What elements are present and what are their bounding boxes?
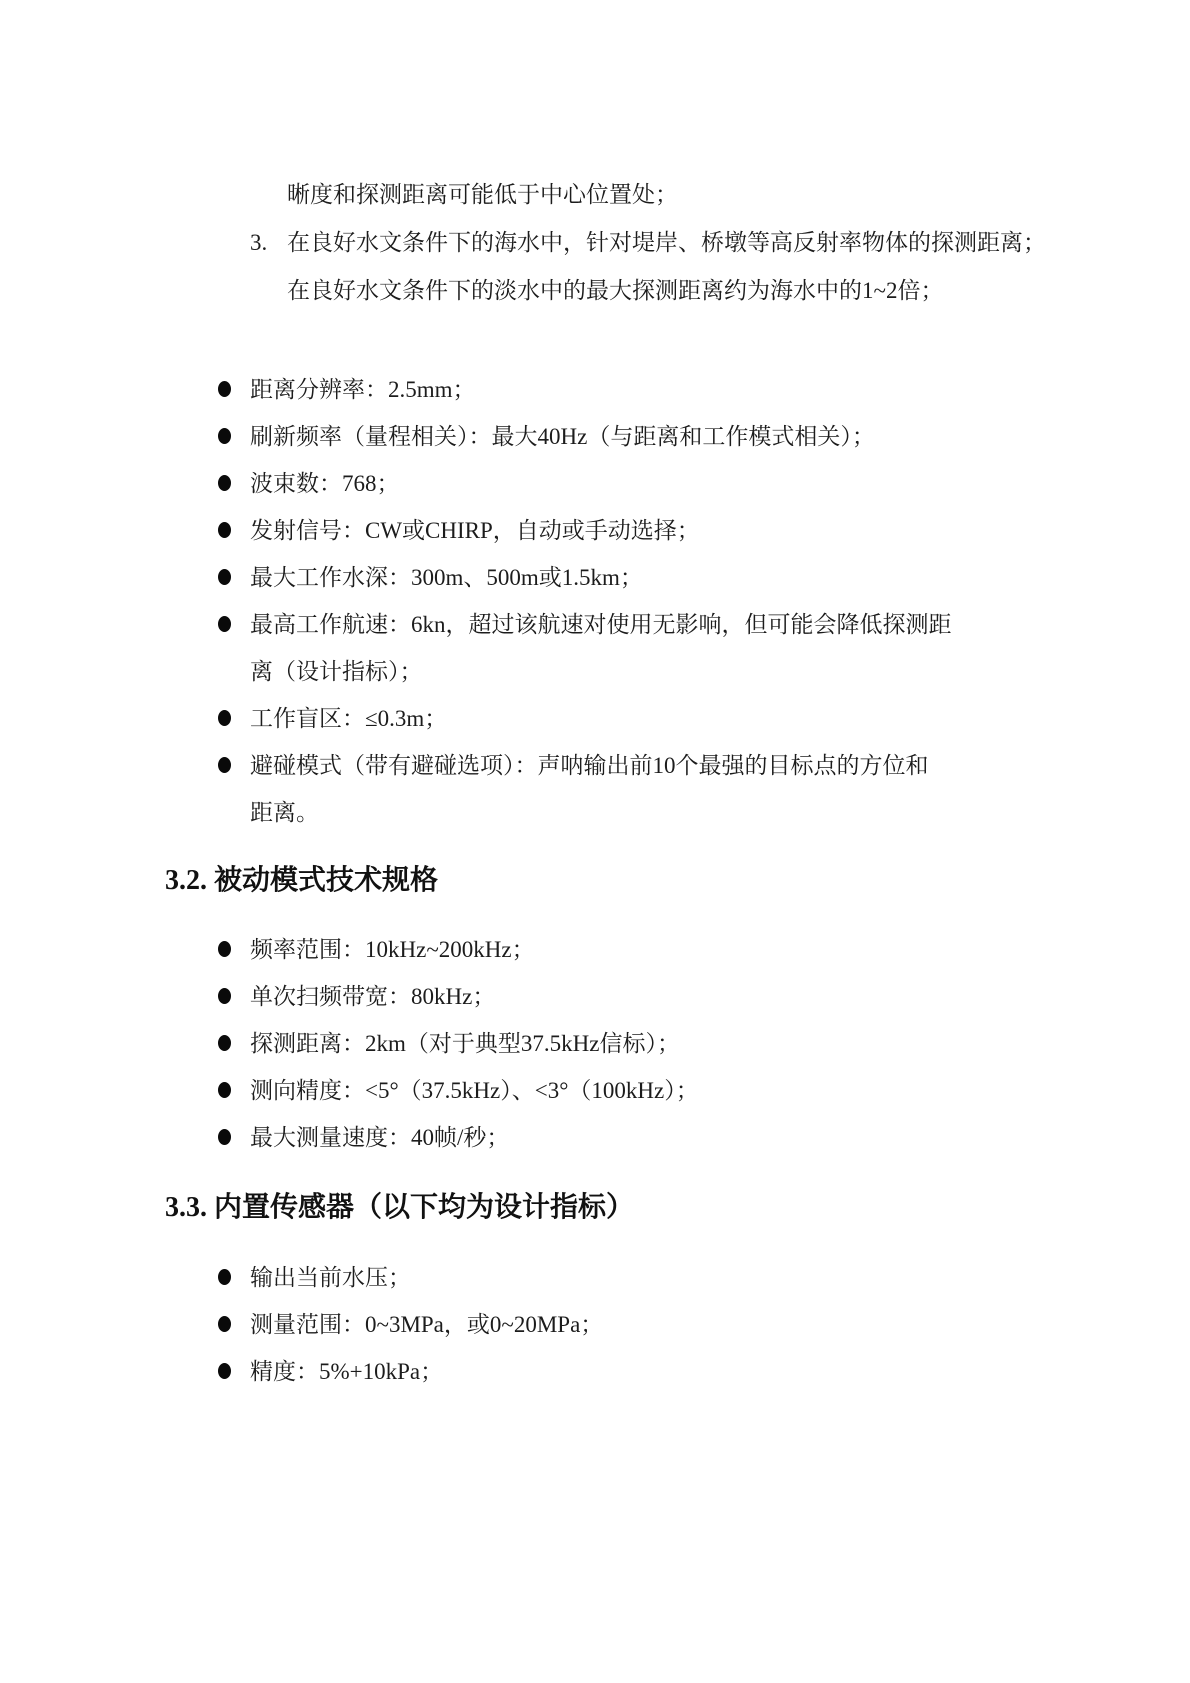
list-item: 单次扫频带宽：80kHz； [165, 973, 1055, 1020]
list-item: 频率范围：10kHz~200kHz； [165, 926, 1055, 973]
list-item: 发射信号：CW或CHIRP，自动或手动选择； [165, 507, 1055, 554]
bullet-icon [218, 569, 231, 585]
bullet-icon [218, 381, 231, 397]
bullet-line: 精度：5%+10kPa； [250, 1348, 443, 1395]
bullet-icon [218, 616, 231, 632]
bullet-line: 测向精度：<5°（37.5kHz）、<3°（100kHz）； [250, 1067, 699, 1114]
numbered-item-3: 3. 在良好水文条件下的海水中，针对堤岸、桥墩等高反射率物体的探测距离； 在良好… [165, 219, 1055, 315]
list-item: 最高工作航速：6kn，超过该航速对使用无影响，但可能会降低探测距 离（设计指标）… [165, 601, 1055, 695]
intro-paragraph: 晰度和探测距离可能低于中心位置处； 3. 在良好水文条件下的海水中，针对堤岸、桥… [165, 171, 1055, 315]
bullet-line: 避碰模式（带有避碰选项）：声呐输出前10个最强的目标点的方位和 [250, 742, 929, 789]
list-item: 距离分辨率：2.5mm； [165, 366, 1055, 413]
list-item: 避碰模式（带有避碰选项）：声呐输出前10个最强的目标点的方位和 距离。 [165, 742, 1055, 836]
list-item: 输出当前水压； [165, 1254, 1055, 1301]
list-item: 最大测量速度：40帧/秒； [165, 1114, 1055, 1161]
bullet-icon [218, 1129, 231, 1145]
bullet-line: 输出当前水压； [250, 1254, 411, 1301]
list-item: 工作盲区：≤0.3m； [165, 695, 1055, 742]
bullet-icon [218, 757, 231, 773]
bullet-icon [218, 941, 231, 957]
numbered-item-line: 在良好水文条件下的海水中，针对堤岸、桥墩等高反射率物体的探测距离； [287, 219, 1046, 267]
list-item: 测向精度：<5°（37.5kHz）、<3°（100kHz）； [165, 1067, 1055, 1114]
section-heading-3-3: 3.3. 内置传感器（以下均为设计指标） [165, 1184, 1055, 1231]
bullet-line: 单次扫频带宽：80kHz； [250, 973, 495, 1020]
bullet-line: 距离。 [250, 789, 929, 836]
bullet-line: 波束数：768； [250, 460, 400, 507]
bullet-icon [218, 1035, 231, 1051]
spec-list-passive-mode: 频率范围：10kHz~200kHz； 单次扫频带宽：80kHz； 探测距离：2k… [165, 926, 1055, 1161]
bullet-line: 最大测量速度：40帧/秒； [250, 1114, 509, 1161]
list-item: 波束数：768； [165, 460, 1055, 507]
bullet-line: 最大工作水深：300m、500m或1.5km； [250, 554, 643, 601]
spec-list-sensors: 输出当前水压； 测量范围：0~3MPa，或0~20MPa； 精度：5%+10kP… [165, 1254, 1055, 1395]
bullet-line: 离（设计指标）； [250, 648, 952, 695]
bullet-line: 工作盲区：≤0.3m； [250, 695, 447, 742]
list-item: 刷新频率（量程相关）：最大40Hz（与距离和工作模式相关）； [165, 413, 1055, 460]
bullet-icon [218, 710, 231, 726]
bullet-line: 探测距离：2km（对于典型37.5kHz信标）； [250, 1020, 680, 1067]
spec-list-active-mode: 距离分辨率：2.5mm； 刷新频率（量程相关）：最大40Hz（与距离和工作模式相… [165, 366, 1055, 836]
bullet-line: 刷新频率（量程相关）：最大40Hz（与距离和工作模式相关）； [250, 413, 875, 460]
bullet-icon [218, 522, 231, 538]
bullet-icon [218, 1316, 231, 1332]
bullet-line: 距离分辨率：2.5mm； [250, 366, 476, 413]
list-item: 测量范围：0~3MPa，或0~20MPa； [165, 1301, 1055, 1348]
bullet-icon [218, 1363, 231, 1379]
bullet-icon [218, 1269, 231, 1285]
numbered-item-line: 在良好水文条件下的淡水中的最大探测距离约为海水中的1~2倍； [287, 267, 1046, 315]
document-page: 晰度和探测距离可能低于中心位置处； 3. 在良好水文条件下的海水中，针对堤岸、桥… [0, 0, 1190, 1683]
numbered-item-marker: 3. [250, 219, 287, 315]
bullet-line: 最高工作航速：6kn，超过该航速对使用无影响，但可能会降低探测距 [250, 601, 952, 648]
bullet-icon [218, 988, 231, 1004]
bullet-line: 发射信号：CW或CHIRP，自动或手动选择； [250, 507, 700, 554]
section-heading-3-2: 3.2. 被动模式技术规格 [165, 857, 1055, 904]
numbered-item-text: 在良好水文条件下的海水中，针对堤岸、桥墩等高反射率物体的探测距离； 在良好水文条… [287, 219, 1046, 315]
list-item: 探测距离：2km（对于典型37.5kHz信标）； [165, 1020, 1055, 1067]
bullet-icon [218, 475, 231, 491]
bullet-line: 频率范围：10kHz~200kHz； [250, 926, 535, 973]
paragraph-continuation-line: 晰度和探测距离可能低于中心位置处； [287, 171, 1055, 219]
bullet-icon [218, 1082, 231, 1098]
document-content: 晰度和探测距离可能低于中心位置处； 3. 在良好水文条件下的海水中，针对堤岸、桥… [165, 171, 1055, 1395]
list-item: 精度：5%+10kPa； [165, 1348, 1055, 1395]
bullet-icon [218, 428, 231, 444]
list-item: 最大工作水深：300m、500m或1.5km； [165, 554, 1055, 601]
bullet-line: 测量范围：0~3MPa，或0~20MPa； [250, 1301, 603, 1348]
